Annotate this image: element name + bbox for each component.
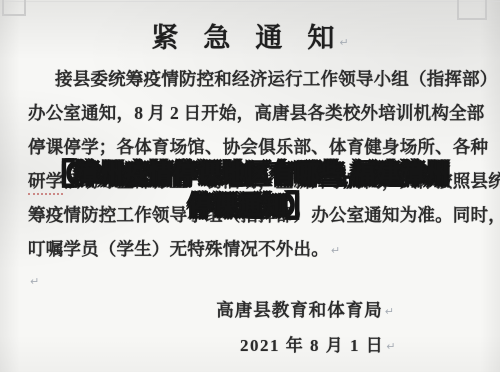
paragraph-return-icon: ↵ xyxy=(30,275,39,288)
body-line: 办公室通知，8 月 2 日开始，高唐县各类校外培训机构全部 xyxy=(28,96,472,130)
notice-title-text: 紧急通知 xyxy=(151,23,359,53)
signature-text: 高唐县教育和体育局 xyxy=(216,300,383,320)
paragraph-return-icon: ↵ xyxy=(386,340,397,353)
video-subtitle-caption: 【漳州疫情停课地区有哪些,福建漳州 停课通知】 xyxy=(0,159,500,223)
signature-line: 高唐县教育和体育局↵ xyxy=(0,297,395,325)
photo-of-notice-document: 紧急通知↵ 接县委统筹疫情防控和经济运行工作领导小组（指挥部） 办公室通知，8 … xyxy=(0,0,500,372)
date-text: 2021 年 8 月 1 日 xyxy=(240,336,384,355)
empty-paragraph: ↵ xyxy=(28,272,39,292)
body-line-text: 叮嘱学员（学生）无特殊情况不外出。 xyxy=(28,239,329,259)
date-line: 2021 年 8 月 1 日↵ xyxy=(0,333,397,360)
notice-title: 紧急通知↵ xyxy=(0,16,500,55)
body-line: 接县委统筹疫情防控和经济运行工作领导小组（指挥部） xyxy=(28,62,472,96)
paragraph-return-icon: ↵ xyxy=(339,36,348,49)
body-line: 叮嘱学员（学生）无特殊情况不外出。↵ xyxy=(28,232,472,266)
paragraph-return-icon: ↵ xyxy=(385,305,395,318)
caption-line-2: 停课通知】 xyxy=(0,191,500,223)
paragraph-return-icon: ↵ xyxy=(331,244,340,257)
caption-line-1: 【漳州疫情停课地区有哪些,福建漳州 xyxy=(0,159,500,191)
